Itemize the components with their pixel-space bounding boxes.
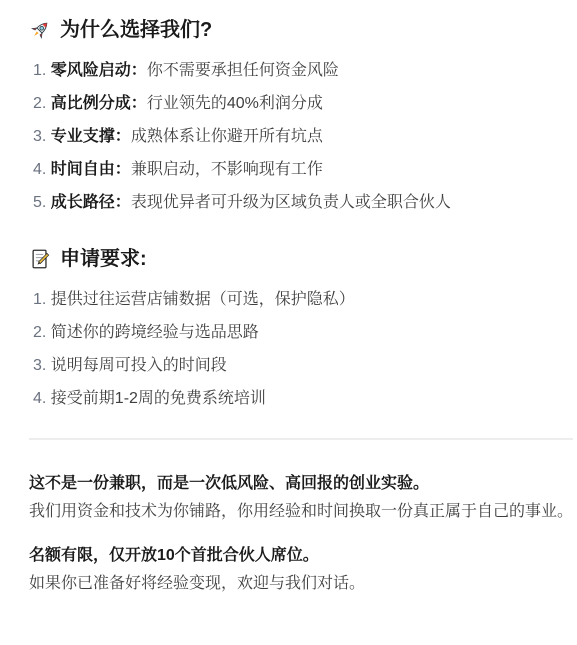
list-item: 高比例分成：行业领先的40%利润分成: [33, 91, 573, 116]
item-text: 接受前期1-2周的免费系统培训: [51, 390, 266, 407]
item-label: 高比例分成：: [51, 95, 147, 112]
list-item: 说明每周可投入的时间段: [33, 353, 573, 378]
why-us-list: 零风险启动：你不需要承担任何资金风险 高比例分成：行业领先的40%利润分成 专业…: [29, 58, 573, 215]
item-text: 你不需要承担任何资金风险: [147, 62, 339, 79]
closing-paragraph-2: 名额有限，仅开放10个首批合伙人席位。 如果你已准备好将经验变现，欢迎与我们对话…: [29, 542, 573, 598]
item-label: 时间自由：: [51, 161, 131, 178]
memo-icon: [29, 248, 51, 270]
item-text: 提供过往运营店铺数据（可选，保护隐私）: [51, 291, 355, 308]
closing-detail: 如果你已准备好将经验变现，欢迎与我们对话。: [29, 570, 573, 598]
list-item: 接受前期1-2周的免费系统培训: [33, 386, 573, 411]
list-item: 提供过往运营店铺数据（可选，保护隐私）: [33, 287, 573, 312]
rocket-icon: [29, 19, 51, 41]
list-item: 时间自由：兼职启动，不影响现有工作: [33, 157, 573, 182]
list-item: 成长路径：表现优异者可升级为区域负责人或全职合伙人: [33, 190, 573, 215]
list-item: 简述你的跨境经验与选品思路: [33, 320, 573, 345]
requirements-list: 提供过往运营店铺数据（可选，保护隐私） 简述你的跨境经验与选品思路 说明每周可投…: [29, 287, 573, 411]
why-us-title: 为什么选择我们?: [60, 16, 212, 44]
requirements-heading: 申请要求:: [29, 245, 573, 273]
closing-detail: 我们用资金和技术为你铺路，你用经验和时间换取一份真正属于自己的事业。: [29, 498, 573, 526]
item-text: 成熟体系让你避开所有坑点: [131, 128, 323, 145]
why-us-heading: 为什么选择我们?: [29, 16, 573, 44]
item-text: 表现优异者可升级为区域负责人或全职合伙人: [131, 194, 451, 211]
item-text: 说明每周可投入的时间段: [51, 357, 227, 374]
item-label: 零风险启动：: [51, 62, 147, 79]
article-body: 为什么选择我们? 零风险启动：你不需要承担任何资金风险 高比例分成：行业领先的4…: [29, 16, 573, 598]
closing-bold-statement: 这不是一份兼职，而是一次低风险、高回报的创业实验。: [29, 470, 573, 498]
list-item: 零风险启动：你不需要承担任何资金风险: [33, 58, 573, 83]
closing-paragraph-1: 这不是一份兼职，而是一次低风险、高回报的创业实验。 我们用资金和技术为你铺路，你…: [29, 470, 573, 526]
list-item: 专业支撑：成熟体系让你避开所有坑点: [33, 124, 573, 149]
item-text: 兼职启动，不影响现有工作: [131, 161, 323, 178]
section-divider: [29, 438, 573, 440]
item-label: 成长路径：: [51, 194, 131, 211]
item-text: 简述你的跨境经验与选品思路: [51, 324, 259, 341]
item-text: 行业领先的40%利润分成: [147, 95, 323, 112]
closing-bold-statement: 名额有限，仅开放10个首批合伙人席位。: [29, 542, 573, 570]
item-label: 专业支撑：: [51, 128, 131, 145]
requirements-title: 申请要求:: [60, 245, 147, 273]
